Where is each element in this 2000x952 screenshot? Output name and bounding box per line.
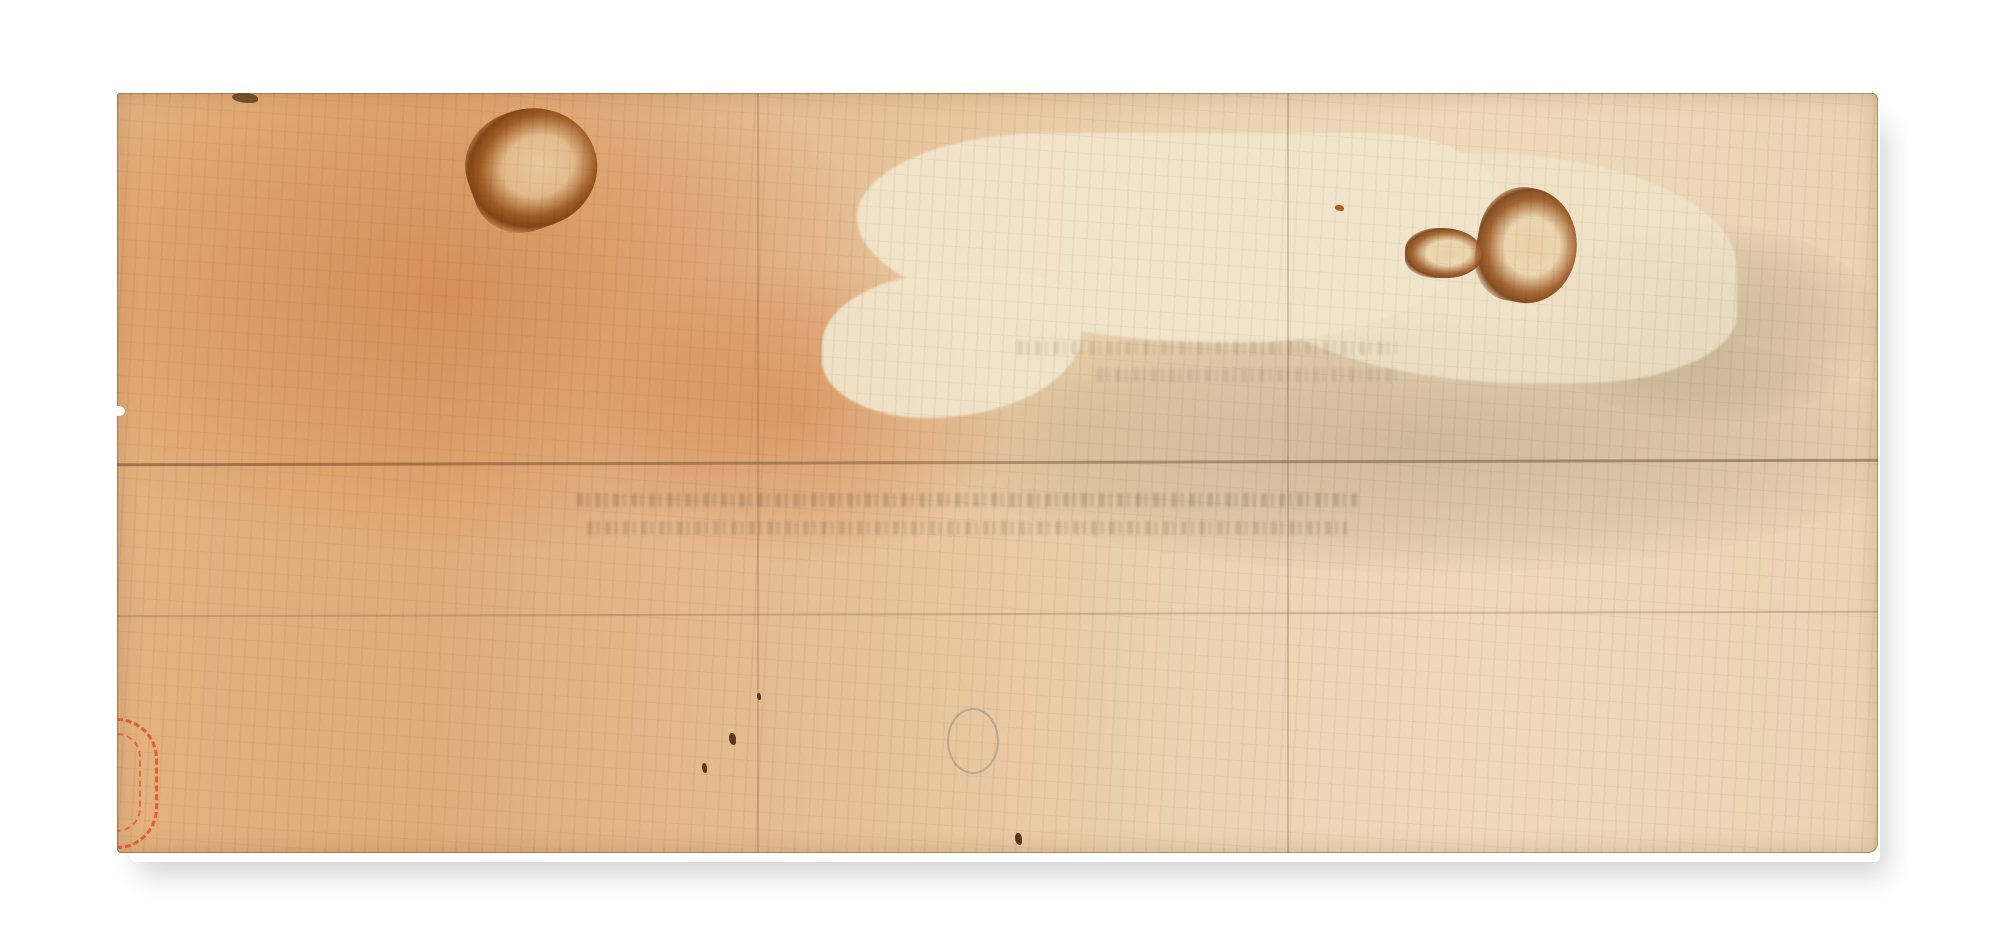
image-subject: Reverse side of an aged, stained paper n… bbox=[117, 93, 118, 94]
fold-line bbox=[757, 93, 759, 853]
speck bbox=[1335, 205, 1344, 211]
bleed-through-text bbox=[577, 493, 1357, 507]
fold-line bbox=[117, 611, 1878, 618]
speck bbox=[729, 733, 736, 745]
bleed-through-text bbox=[587, 521, 1347, 535]
speck bbox=[757, 693, 761, 700]
red-seal-fragment-inner bbox=[117, 733, 141, 832]
pencil-mark bbox=[947, 708, 999, 774]
bleed-through-text bbox=[1017, 341, 1397, 355]
photo-scene: Reverse side of an aged, stained paper n… bbox=[0, 0, 2000, 952]
fold-line bbox=[1287, 93, 1289, 853]
speck bbox=[1015, 833, 1022, 845]
bleed-through-text bbox=[1097, 368, 1397, 382]
brown-stain-top-right-small bbox=[1405, 228, 1483, 278]
speck bbox=[702, 763, 707, 773]
aged-paper-note: Reverse side of an aged, stained paper n… bbox=[117, 93, 1878, 853]
